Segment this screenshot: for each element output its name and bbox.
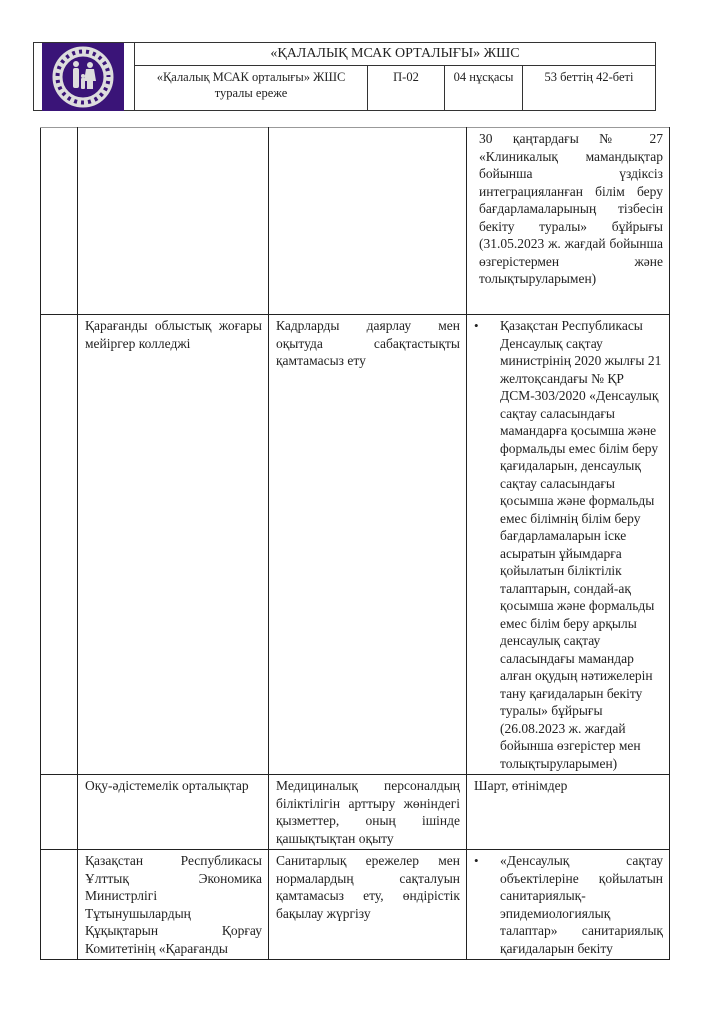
logo [42, 43, 124, 111]
table-row: Қарағанды облыстық жоғары мейіргер колле… [41, 315, 670, 775]
basis-text: Қазақстан Республикасы Денсаулық сақтау … [500, 317, 663, 772]
basis-cell: 30 қаңтардағы № 27 «Клиникалық мамандықт… [467, 128, 670, 315]
organization-cell: Қазақстан Республикасы Ұлттық Экономика … [78, 850, 269, 960]
basis-cell: Шарт, өтінімдер [467, 775, 670, 850]
organization-cell: Оқу-әдістемелік орталықтар [78, 775, 269, 850]
page-number: 53 беттің 42-беті [523, 66, 655, 110]
table-row: 30 қаңтардағы № 27 «Клиникалық мамандықт… [41, 128, 670, 315]
doc-version: 04 нұсқасы [445, 66, 523, 110]
header-meta-row: «Қалалық МСАК орталығы» ЖШС туралы ереже… [135, 66, 655, 110]
table-row: Қазақстан Республикасы Ұлттық Экономика … [41, 850, 670, 960]
organization-cell [78, 128, 269, 315]
row-number [41, 128, 78, 315]
organization-cell: Қарағанды облыстық жоғары мейіргер колле… [78, 315, 269, 775]
basis-text: «Денсаулық сақтау объектілеріне қойылаты… [500, 852, 663, 957]
bullet-icon: • [474, 852, 500, 957]
purpose-cell: Медициналық персоналдың біліктілігін арт… [269, 775, 467, 850]
document-header: «ҚАЛАЛЫҚ МСАК ОРТАЛЫҒЫ» ЖШС «Қалалық МСА… [33, 42, 656, 111]
org-title: «ҚАЛАЛЫҚ МСАК ОРТАЛЫҒЫ» ЖШС [135, 43, 655, 66]
purpose-cell: Кадрларды даярлау мен оқытуда сабақтасты… [269, 315, 467, 775]
basis-cell: • «Денсаулық сақтау объектілеріне қойыла… [467, 850, 670, 960]
purpose-cell [269, 128, 467, 315]
family-emblem-icon [50, 44, 116, 110]
row-number [41, 775, 78, 850]
row-number [41, 315, 78, 775]
table-row: Оқу-әдістемелік орталықтар Медициналық п… [41, 775, 670, 850]
doc-name: «Қалалық МСАК орталығы» ЖШС туралы ереже [135, 66, 368, 110]
basis-cell: • Қазақстан Республикасы Денсаулық сақта… [467, 315, 670, 775]
row-number [41, 850, 78, 960]
doc-code: П-02 [368, 66, 445, 110]
partners-table: 30 қаңтардағы № 27 «Клиникалық мамандықт… [40, 127, 670, 960]
bullet-icon: • [474, 317, 500, 772]
purpose-cell: Санитарлық ережелер мен нормалардың сақт… [269, 850, 467, 960]
